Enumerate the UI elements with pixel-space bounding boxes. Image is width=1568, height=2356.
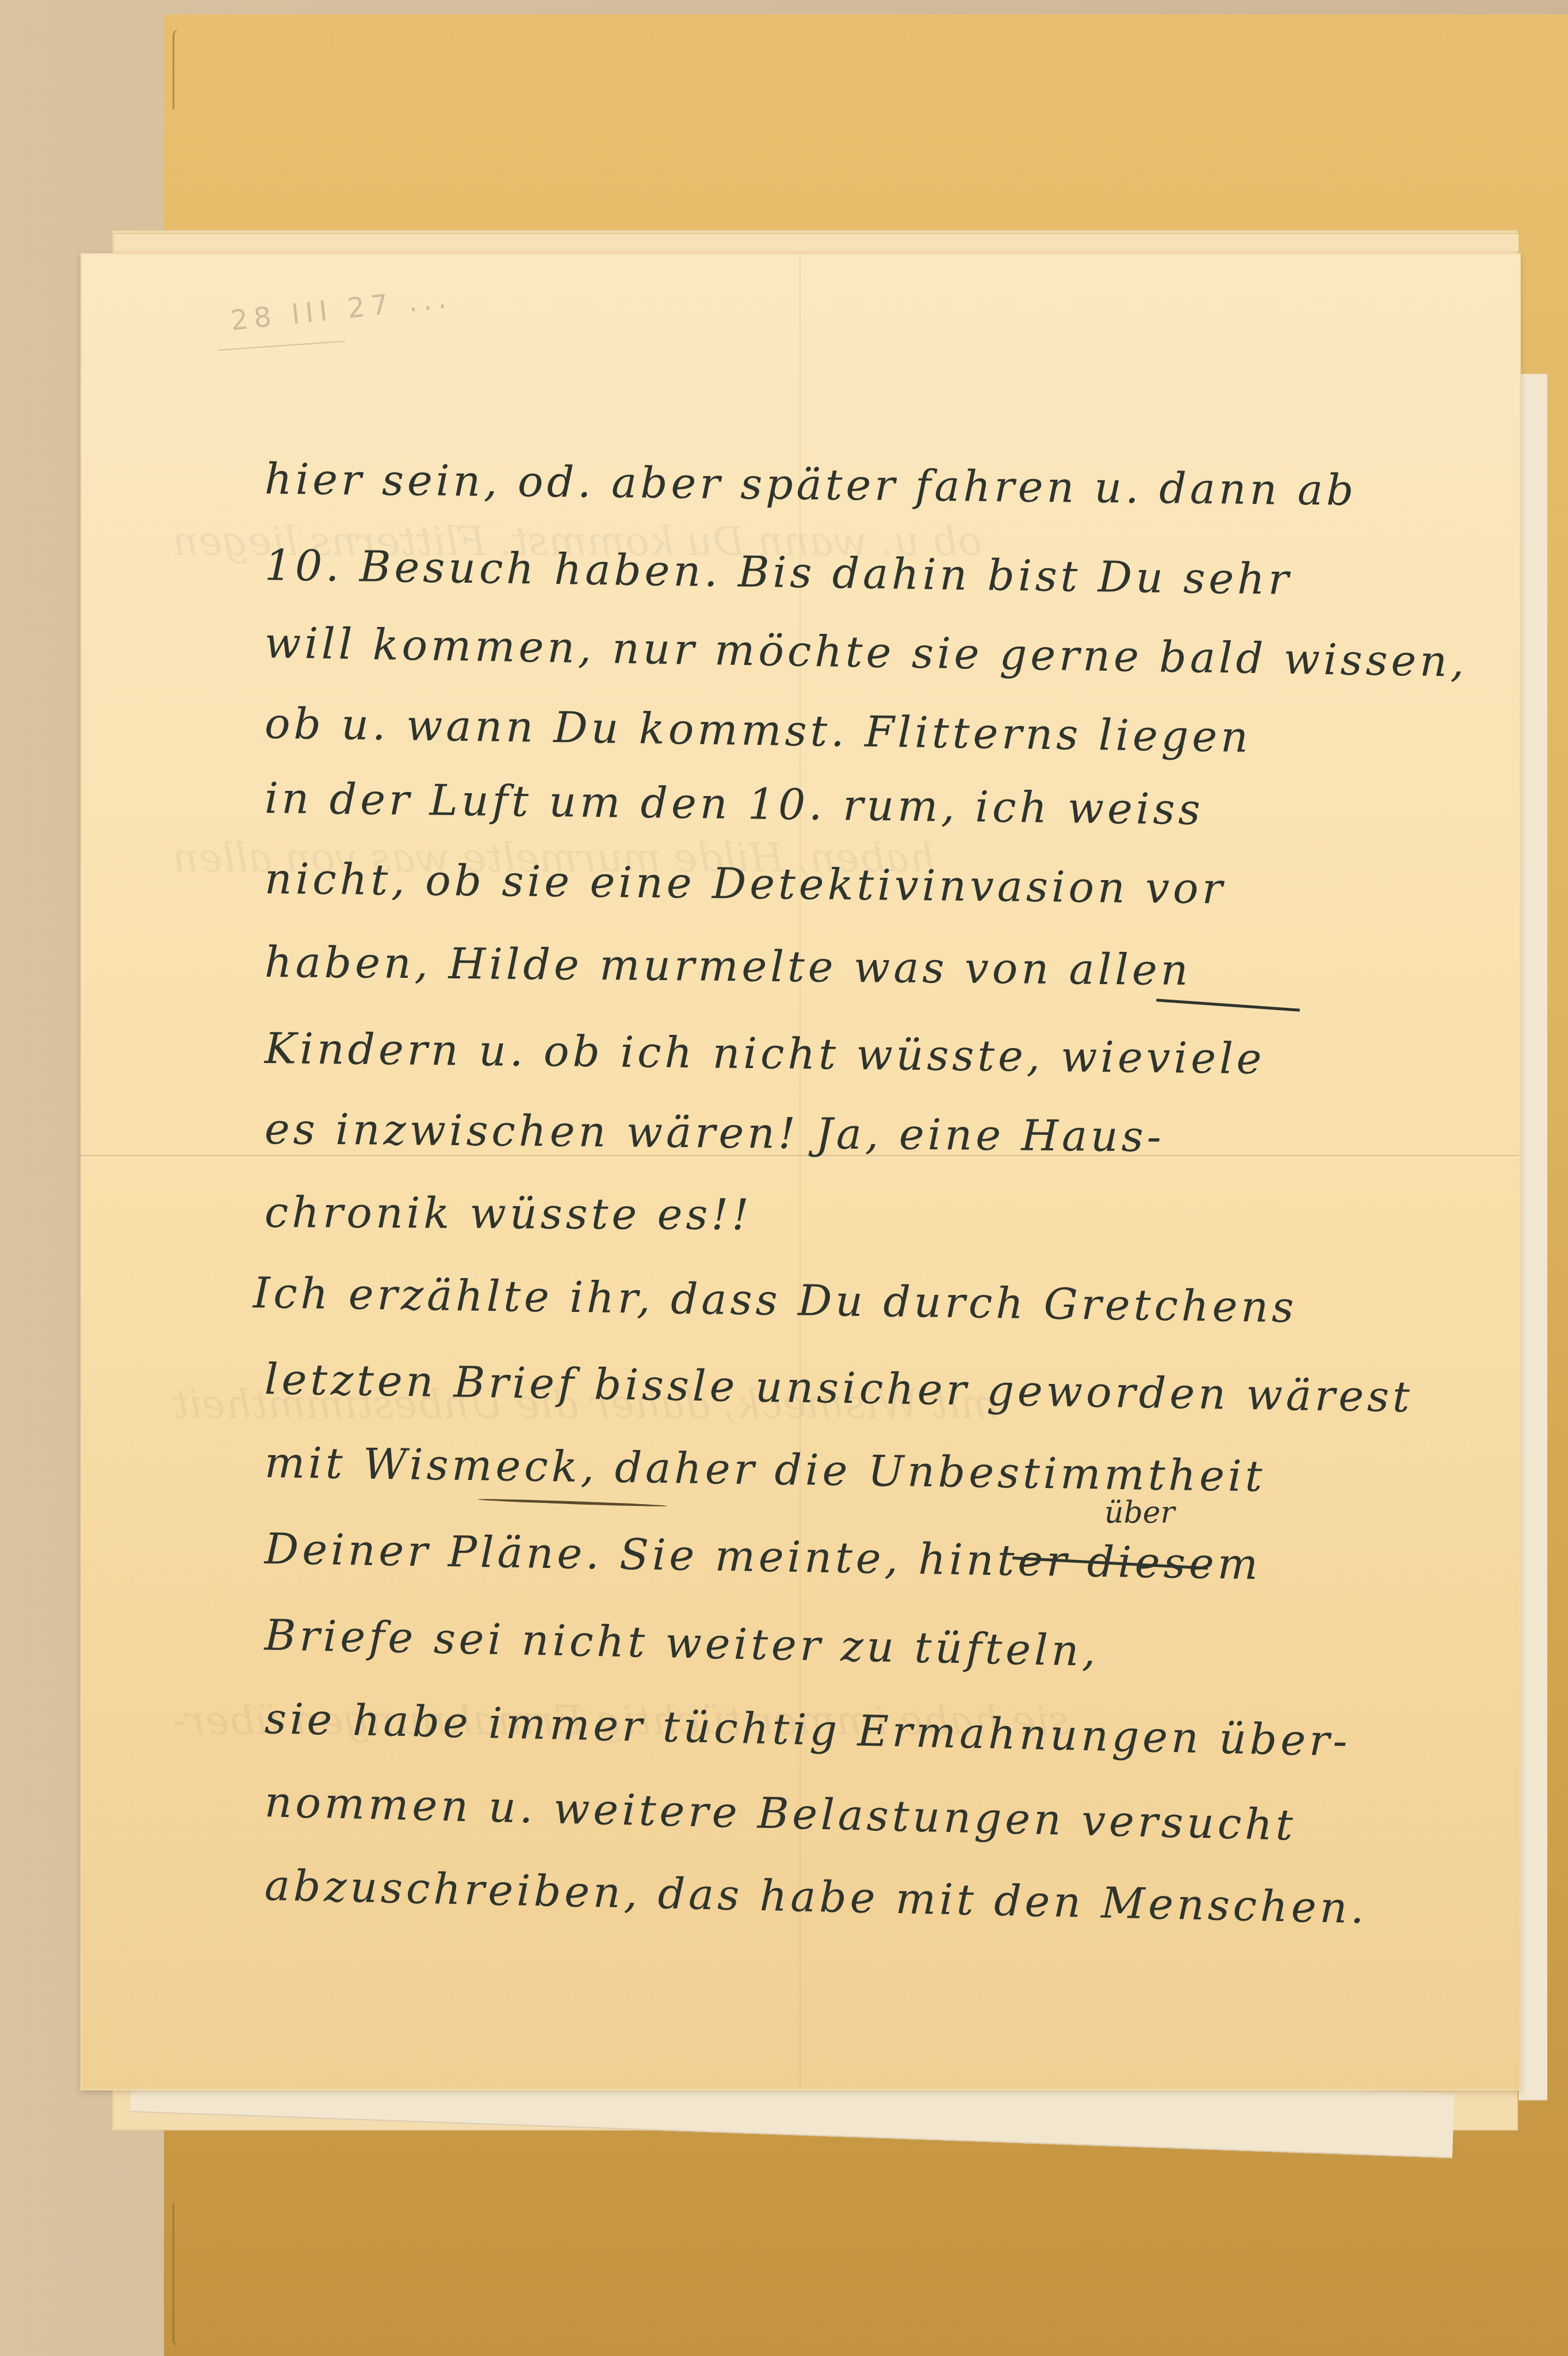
handwritten-line-10: chronik wüsste es!!: [265, 1188, 752, 1240]
handwritten-line-8: Kindern u. ob ich nicht wüsste, wieviele: [265, 1024, 1265, 1084]
sheet-stack-top-edge: [115, 233, 1519, 251]
handwritten-line-7: haben, Hilde murmelte was von allen: [265, 938, 1192, 995]
handwritten-line-6: nicht, ob sie eine Detektivinvasion vor: [265, 854, 1226, 913]
folder-crease-top: [173, 29, 180, 109]
handwritten-line-9: es inzwischen wären! Ja, eine Haus-: [265, 1104, 1165, 1162]
tissue-interleaf-right: [1519, 374, 1547, 2101]
line-7-text: haben, Hilde murmelte was von allen: [265, 938, 1192, 995]
folder-crease-bottom: [173, 2203, 180, 2347]
interlinear-insertion: über: [1104, 1496, 1175, 1530]
